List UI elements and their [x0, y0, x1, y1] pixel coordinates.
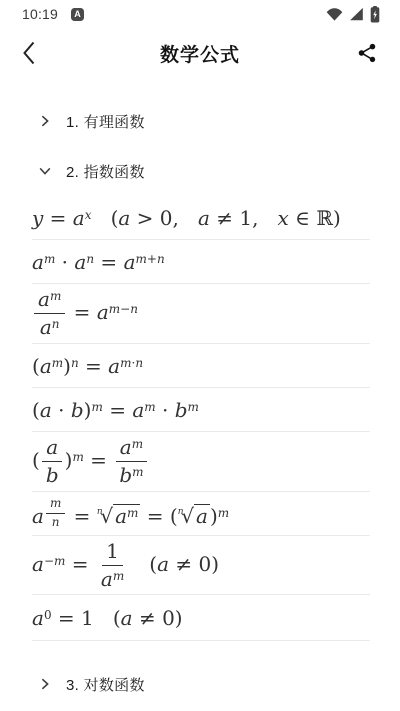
- back-button[interactable]: [12, 36, 46, 70]
- formula-row: (am)n = am·n: [32, 344, 370, 388]
- status-bar: 10:19 A: [0, 0, 400, 26]
- chevron-left-icon: [20, 40, 38, 66]
- formula-power-of-quotient: (ab)m = ambm: [32, 436, 150, 487]
- formula-row: aman = am−n: [32, 284, 370, 344]
- formula-product-rule: am · an = am+n: [32, 250, 165, 274]
- app-bar: 数学公式: [0, 26, 400, 80]
- formula-zero-exponent: a0 = 1 (a ≠ 0): [32, 606, 183, 630]
- cellular-signal-icon: [349, 7, 364, 21]
- formula-row: am · an = am+n: [32, 240, 370, 284]
- section-label: 2. 指数函数: [66, 161, 145, 182]
- page-title: 数学公式: [60, 40, 340, 67]
- chevron-right-icon: [38, 114, 52, 128]
- status-time: 10:19: [22, 6, 58, 22]
- formula-quotient-rule: aman = am−n: [32, 288, 138, 339]
- share-button[interactable]: [350, 36, 384, 70]
- formula-exponential-definition: y = ax (a > 0, a ≠ 1, x ∈ ℝ): [32, 206, 341, 230]
- formula-sections: 1. 有理函数 2. 指数函数 y = ax (a > 0, a ≠ 1, x …: [0, 80, 400, 709]
- status-bar-right: [326, 6, 380, 23]
- wifi-icon: [326, 7, 343, 21]
- formula-row: a0 = 1 (a ≠ 0): [32, 595, 370, 641]
- section-label: 1. 有理函数: [66, 111, 145, 132]
- screen: 10:19 A 数学公式: [0, 0, 400, 711]
- section-header-exponential-functions[interactable]: 2. 指数函数: [0, 146, 400, 196]
- formula-row: a−m = 1am (a ≠ 0): [32, 536, 370, 595]
- formula-negative-exponent: a−m = 1am (a ≠ 0): [32, 540, 219, 591]
- formula-row: (a · b)m = am · bm: [32, 388, 370, 432]
- formula-power-of-power: (am)n = am·n: [32, 354, 143, 378]
- section-header-rational-functions[interactable]: 1. 有理函数: [0, 96, 400, 146]
- battery-charging-icon: [370, 6, 380, 23]
- formula-fractional-exponent: amn = n√am = (n√a)m: [32, 497, 229, 530]
- formula-power-of-product: (a · b)m = am · bm: [32, 398, 199, 422]
- formula-row: amn = n√am = (n√a)m: [32, 492, 370, 536]
- section-header-logarithmic-functions[interactable]: 3. 对数函数: [0, 659, 400, 709]
- formula-row: y = ax (a > 0, a ≠ 1, x ∈ ℝ): [32, 196, 370, 240]
- share-icon: [356, 42, 378, 64]
- formula-row: (ab)m = ambm: [32, 432, 370, 492]
- formula-list: y = ax (a > 0, a ≠ 1, x ∈ ℝ) am · an = a…: [32, 196, 370, 641]
- section-label: 3. 对数函数: [66, 674, 145, 695]
- chevron-right-icon: [38, 677, 52, 691]
- status-bar-left: 10:19 A: [22, 6, 84, 22]
- chevron-down-icon: [38, 164, 52, 178]
- notification-app-icon: A: [71, 8, 84, 21]
